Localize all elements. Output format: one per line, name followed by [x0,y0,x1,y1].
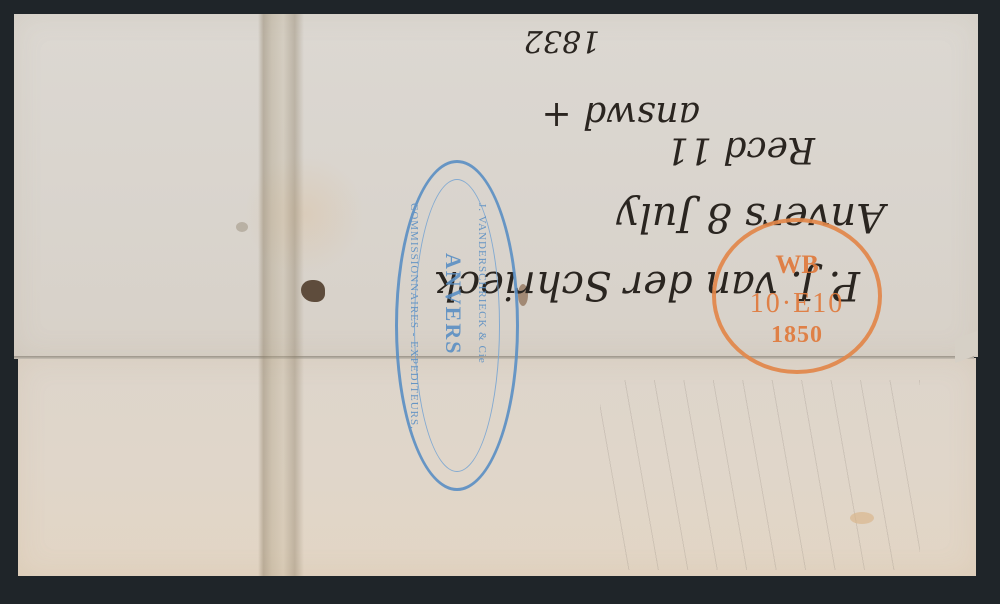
foxing-spot [850,512,874,524]
letter-scan: P. J. van der Schrieck Anvers 8 July Rec… [0,0,1000,604]
foxing-spot [236,222,248,232]
cachet-subtitle: COMMISSIONNAIRES - EXPEDITEURS. [408,203,420,430]
manuscript-line: Recd 11 [666,129,815,170]
manuscript-line: 1832 [524,23,600,58]
cachet-city: ANVERS [440,253,466,355]
ink-blot [301,280,325,302]
forwarding-agent-cachet: J. VANDERSCHRIECK & Cie COMMISSIONNAIRES… [395,160,519,491]
circular-datestamp: WB 10·E10 1850 [712,218,882,374]
cachet-firm-name: J. VANDERSCHRIECK & Cie [476,203,488,364]
datestamp-year: 1850 [716,322,878,349]
faint-pencil-marks [600,380,920,570]
manuscript-line: answd + [541,94,700,135]
datestamp-date: 10·E10 [716,288,878,320]
vertical-crease [258,14,304,576]
datestamp-office-code: WB [716,250,878,280]
